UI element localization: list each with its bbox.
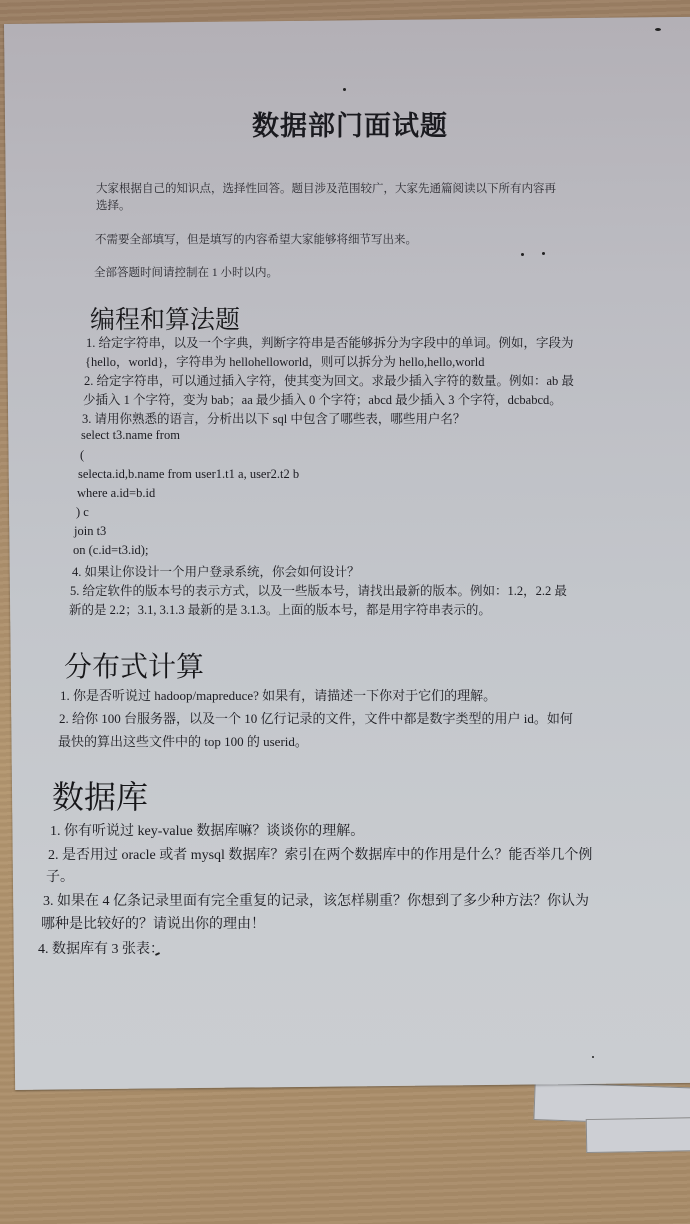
sql-line: on (c.id=t3.id); — [73, 543, 148, 558]
question-line: 最快的算出这些文件中的 top 100 的 userid。 — [58, 731, 308, 750]
sql-line: selecta.id,b.name from user1.t1 a, user2… — [78, 467, 299, 482]
sql-line: select t3.name from — [81, 428, 180, 443]
ink-speck — [592, 1056, 594, 1058]
sql-line: join t3 — [74, 524, 106, 539]
question-line: 哪种是比较好的？请说出你的理由！ — [41, 913, 265, 933]
question-line: 2. 是否用过 oracle 或者 mysql 数据库？索引在两个数据库中的作用… — [48, 844, 592, 864]
question-line: 子。 — [46, 866, 74, 886]
question-line: 少插入 1 个字符，变为 bab；aa 最少插入 0 个字符；abcd 最少插入… — [83, 390, 562, 408]
question-line: 2. 给定字符串，可以通过插入字符，使其变为回文。求最少插入字符的数量。例如：a… — [84, 371, 574, 389]
question-line: 新的是 2.2；3.1, 3.1.3 最新的是 3.1.3。上面的版本号，都是用… — [69, 600, 491, 618]
question-line: 2. 给你 100 台服务器，以及一个 10 亿行记录的文件，文件中都是数字类型… — [59, 708, 573, 727]
question-line: 4. 数据库有 3 张表： — [38, 938, 164, 958]
document-title: 数据部门面试题 — [0, 104, 690, 143]
ink-speck — [542, 252, 545, 255]
ink-speck — [343, 88, 346, 91]
intro-line: 大家根据自己的知识点，选择性回答。题目涉及范围较广，大家先通篇阅读以下所有内容再 — [96, 180, 556, 198]
intro-line: 不需要全部填写，但是填写的内容希望大家能够将细节写出来。 — [95, 231, 417, 249]
ink-speck — [521, 253, 524, 256]
question-line: {hello，world}，字符串为 hellohelloworld，则可以拆分… — [85, 352, 484, 370]
question-line: 1. 你是否听说过 hadoop/mapreduce? 如果有，请描述一下你对于… — [60, 685, 496, 704]
question-line: 3. 如果在 4 亿条记录里面有完全重复的记录，该怎样剔重？你想到了多少种方法？… — [43, 890, 589, 910]
document-content: 数据部门面试题 大家根据自己的知识点，选择性回答。题目涉及范围较广，大家先通篇阅… — [0, 0, 690, 1224]
question-line: 4. 如果让你设计一个用户登录系统，你会如何设计？ — [72, 562, 360, 580]
intro-line: 全部答题时间请控制在 1 小时以内。 — [94, 264, 278, 282]
question-line: 5. 给定软件的版本号的表示方式，以及一些版本号，请找出最新的版本。例如：1.2… — [70, 581, 567, 599]
section-heading-database: 数据库 — [52, 772, 148, 818]
section-heading-programming: 编程和算法题 — [90, 300, 240, 336]
sql-line: ( — [80, 448, 84, 463]
question-line: 1. 给定字符串，以及一个字典，判断字符串是否能够拆分为字段中的单词。例如，字段… — [86, 333, 574, 351]
section-heading-distributed: 分布式计算 — [64, 645, 204, 685]
question-line: 3. 请用你熟悉的语言，分析出以下 sql 中包含了哪些表，哪些用户名？ — [82, 409, 465, 427]
question-line: 1. 你有听说过 key-value 数据库嘛？谈谈你的理解。 — [50, 820, 364, 840]
intro-line: 选择。 — [96, 197, 131, 215]
sql-line: where a.id=b.id — [77, 486, 155, 501]
sql-line: ) c — [76, 505, 89, 520]
ink-speck — [655, 28, 661, 31]
